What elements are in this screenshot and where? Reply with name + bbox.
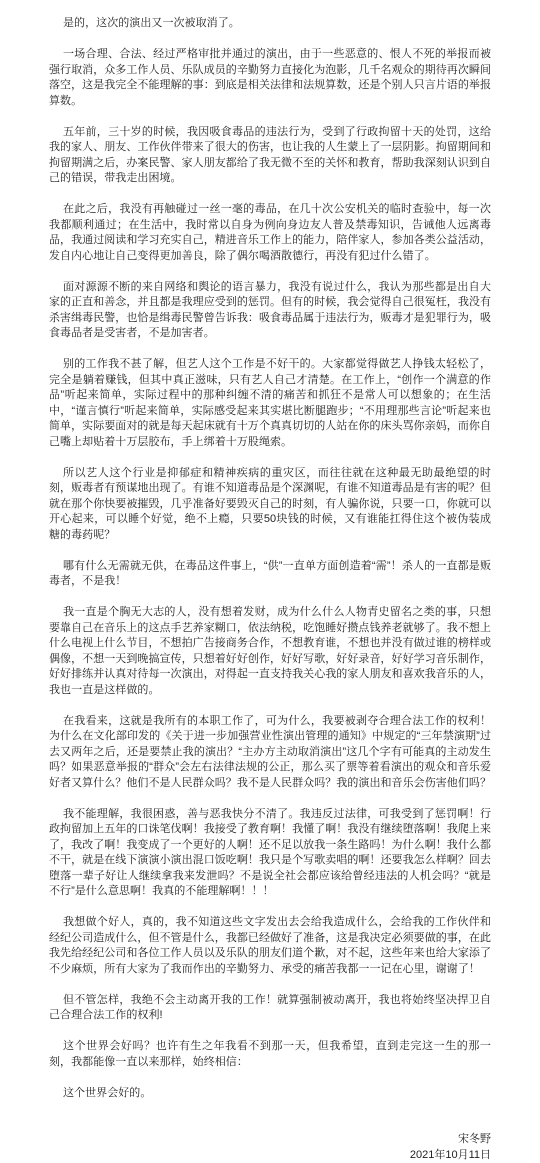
paragraph: 别的工作我不甚了解，但艺人这个工作是不好干的。大家都觉得做艺人挣钱太轻松了，完全…: [49, 357, 491, 450]
paragraph: 我不能理解，我很困惑，善与恶我快分不清了。我违反过法律，可我受到了惩罚啊！行政拘…: [49, 807, 491, 900]
paragraph: 所以艺人这个行业是抑郁症和精神疾病的重灾区，而往往就在这种最无助最绝望的时刻，贩…: [49, 466, 491, 544]
signature-block: 宋冬野 2021年10月11日: [49, 1132, 491, 1163]
signature-date: 2021年10月11日: [49, 1148, 491, 1163]
paragraph: 但不管怎样，我绝不会主动离开我的工作！就算强制被动离开，我也将始终坚决捍卫自己合…: [49, 993, 491, 1024]
paragraph: 我想做个好人，真的，我不知道这些文字发出去会给我造成什么，会给我的工作伙伴和经纪…: [49, 915, 491, 977]
paragraph: 一场合理、合法、经过严格审批并通过的演出，由于一些恶意的、恨人不死的举报而被强行…: [49, 47, 491, 109]
signature-name: 宋冬野: [49, 1132, 491, 1148]
paragraph: 这个世界会好吗？也许有生之年我看不到那一天，但我希望，直到走完这一生的那一刻，我…: [49, 1039, 491, 1070]
paragraph: 在我看来，这就是我所有的本职工作了，可为什么，我要被剥夺合理合法工作的权利！为什…: [49, 714, 491, 792]
paragraph: 面对源源不断的来自网络和舆论的语言暴力，我没有说过什么，我认为那些都是出自大家的…: [49, 280, 491, 342]
paragraph: 在此之后，我没有再触碰过一丝一毫的毒品，在几十次公安机关的临时查验中，每一次我都…: [49, 202, 491, 264]
letter-document: 是的，这次的演出又一次被取消了。 一场合理、合法、经过严格审批并通过的演出，由于…: [0, 0, 540, 1163]
paragraph: 五年前，三十岁的时候，我因吸食毒品的违法行为，受到了行政拘留十天的处罚，这给我的…: [49, 125, 491, 187]
paragraph: 哪有什么无需就无供，在毒品这件事上，“供”一直单方面创造着“需”！杀人的一直都是…: [49, 559, 491, 590]
paragraph: 我一直是个胸无大志的人，没有想着发财，成为什么什么人物青史留名之类的事，只想要靠…: [49, 605, 491, 698]
paragraph: 是的，这次的演出又一次被取消了。: [49, 16, 491, 32]
paragraph: 这个世界会好的。: [49, 1086, 491, 1102]
